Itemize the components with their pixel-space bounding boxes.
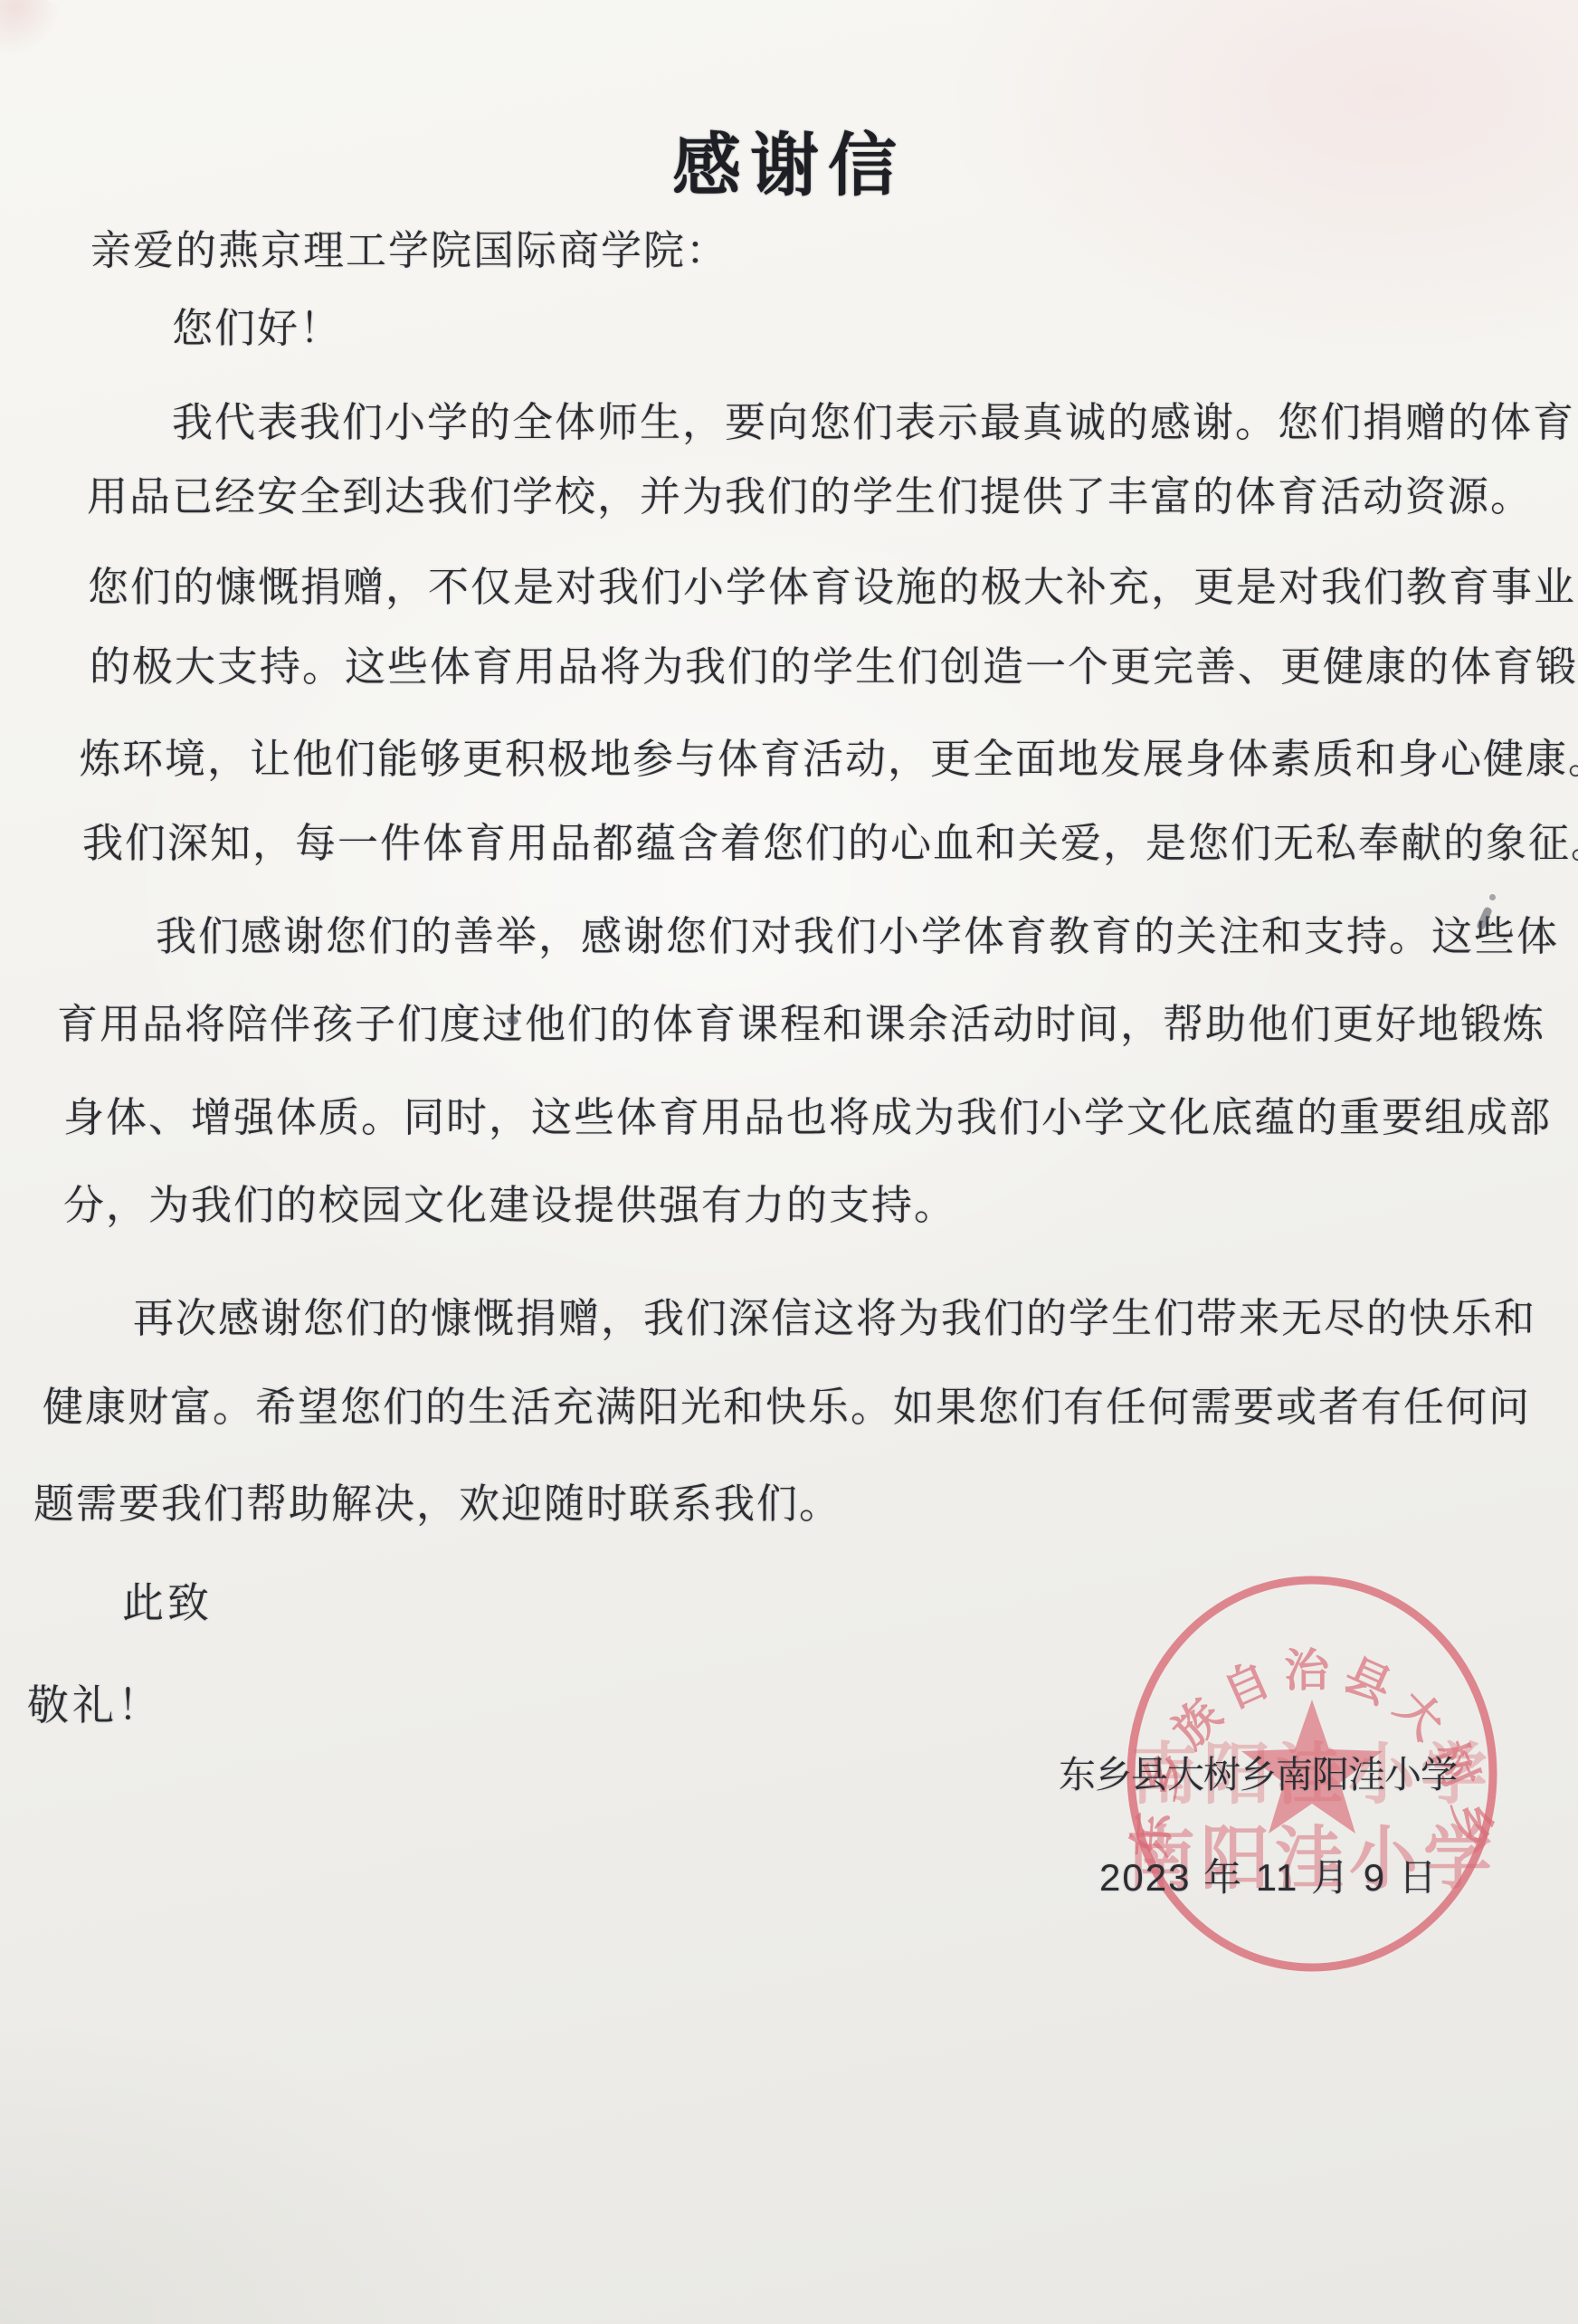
signature-school-name: 东乡县大树乡南阳洼小学 (1059, 1745, 1457, 1798)
letter-body-line: 身体、增强体质。同时，这些体育用品也将成为我们小学文化底蕴的重要组成部 (63, 1084, 1552, 1143)
edge-mark-dot (1489, 894, 1496, 900)
letter-page: 感谢信 亲爱的燕京理工学院国际商学院： 您们好！ 我代表我们小学的全体师生，要向… (0, 0, 1578, 2324)
letter-body-line: 我代表我们小学的全体师生，要向您们表示最真诚的感谢。您们捐赠的体育 (172, 389, 1575, 448)
letter-body-line: 您们的慷慨捐赠，不仅是对我们小学体育设施的极大补充，更是对我们教育事业 (88, 554, 1576, 613)
signature-date: 2023 年 11 月 9 日 (1099, 1848, 1439, 1902)
greeting-line: 您们好！ (172, 295, 342, 354)
closing-jingli: 敬礼！ (27, 1672, 163, 1732)
letter-body-line: 的极大支持。这些体育用品将为我们的学生们创造一个更完善、更健康的体育锻 (90, 633, 1578, 692)
letter-body-line: 健康财富。希望您们的生活充满阳光和快乐。如果您们有任何需要或者有任何问 (43, 1374, 1531, 1433)
letter-body-line: 育用品将陪伴孩子们度过他们的体育课程和课余活动时间，帮助他们更好地锻炼 (57, 991, 1545, 1050)
corner-smudge (0, 0, 64, 72)
letter-body-line: 分，为我们的校园文化建设提供强有力的支持。 (63, 1172, 956, 1231)
closing-cizhi: 此致 (122, 1570, 213, 1630)
letter-body-line: 炼环境，让他们能够更积极地参与体育活动，更全面地发展身体素质和身心健康。 (80, 726, 1578, 785)
letter-title: 感谢信 (672, 110, 906, 209)
letter-body-line: 用品已经安全到达我们学校，并为我们的学生们提供了丰富的体育活动资源。 (87, 463, 1533, 522)
letter-body-line: 我们感谢您们的善举，感谢您们对我们小学体育教育的关注和支持。这些体 (156, 903, 1559, 962)
letter-body-line: 再次感谢您们的慷慨捐赠，我们深信这将为我们的学生们带来无尽的快乐和 (133, 1285, 1536, 1344)
salutation: 亲爱的燕京理工学院国际商学院： (90, 217, 728, 276)
letter-body-line: 我们深知，每一件体育用品都蕴含着您们的心血和关爱，是您们无私奉献的象征。 (82, 810, 1578, 869)
letter-body-line: 题需要我们帮助解决，欢迎随时联系我们。 (33, 1471, 841, 1529)
